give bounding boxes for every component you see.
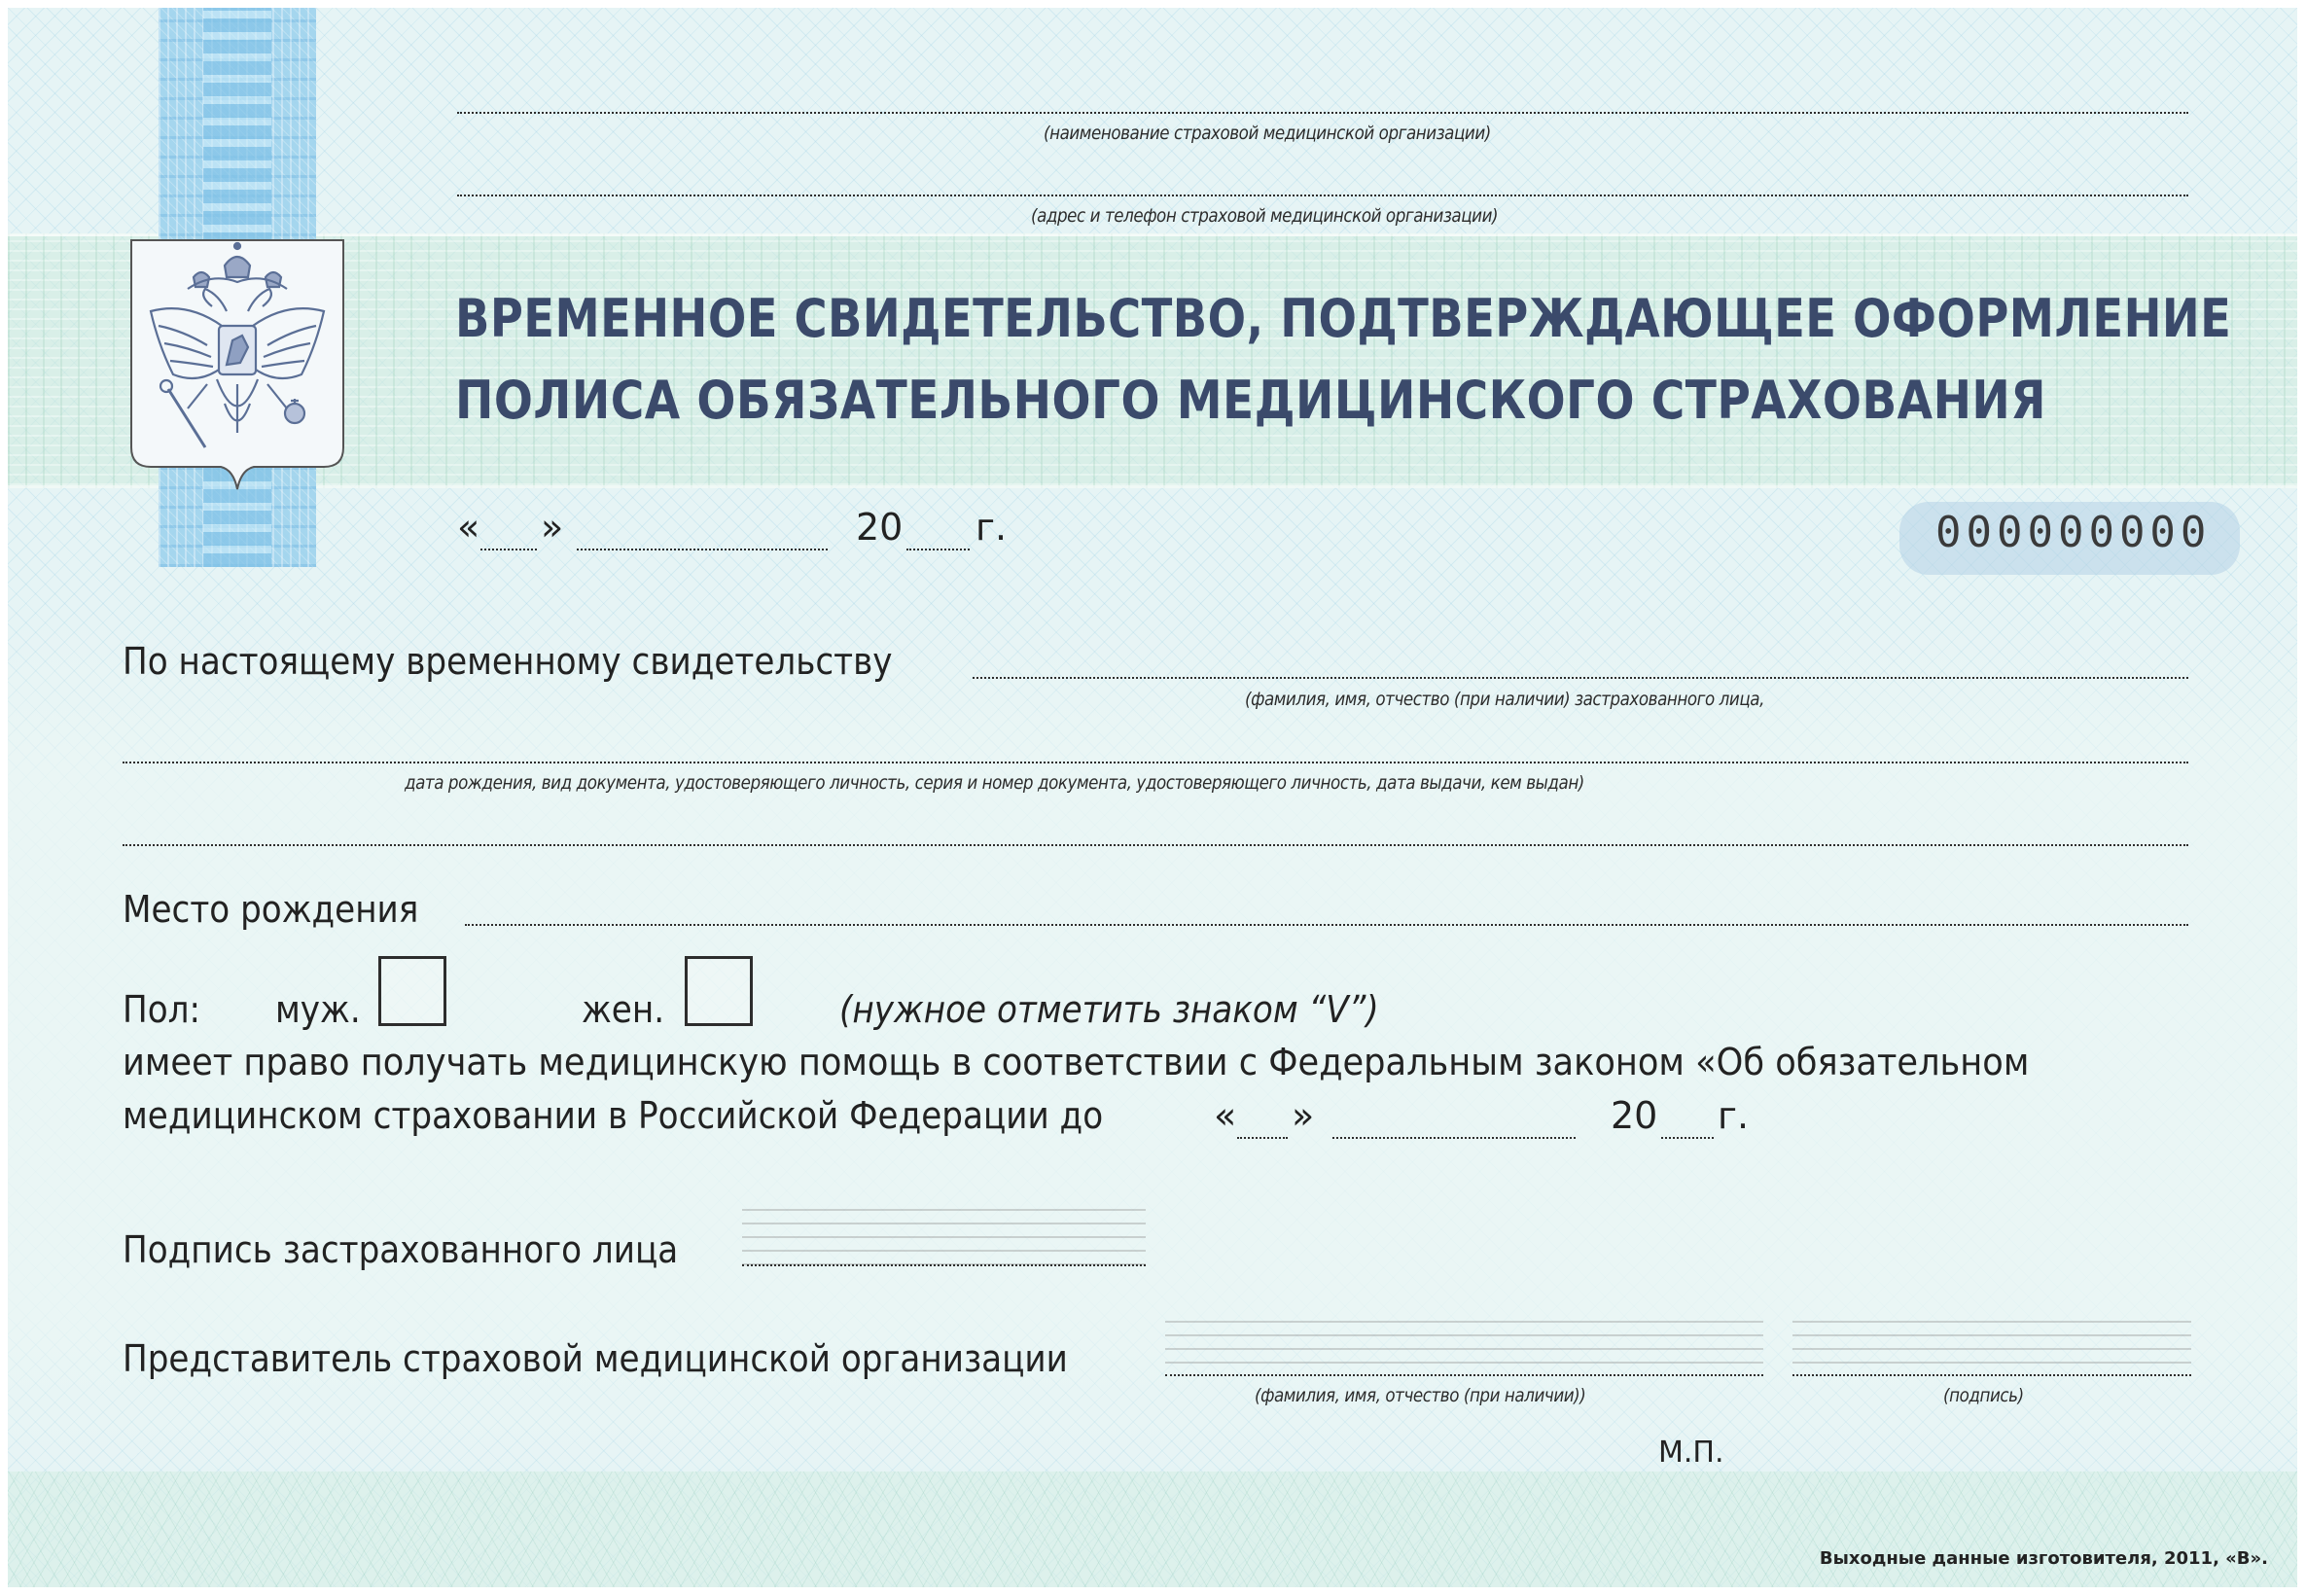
- organization-address-caption: (адрес и телефон страховой медицинской о…: [1031, 205, 1498, 227]
- representative-signature-microprint: [1792, 1321, 2191, 1374]
- birthplace-field[interactable]: [465, 924, 2188, 926]
- document-title-line-1: ВРЕМЕННОЕ СВИДЕТЕЛЬСТВО, ПОДТВЕРЖДАЮЩЕЕ …: [455, 288, 2231, 349]
- sex-female-checkbox[interactable]: [685, 956, 753, 1026]
- bottom-guilloche-band: [8, 1472, 2297, 1587]
- holder-details-field[interactable]: [123, 762, 2188, 763]
- sex-male-label: муж.: [275, 988, 361, 1031]
- representative-signature-field[interactable]: [1792, 1374, 2191, 1376]
- rights-text-line-1: имеет право получать медицинскую помощь …: [123, 1041, 2029, 1083]
- rights-text-line-2: медицинском страховании в Российской Фед…: [123, 1094, 1103, 1137]
- manufacturer-info: Выходные данные изготовителя, 2011, «В».: [1820, 1548, 2268, 1569]
- representative-name-caption: (фамилия, имя, отчество (при наличии)): [1255, 1385, 1585, 1406]
- insured-signature-field[interactable]: [742, 1264, 1146, 1266]
- insured-signature-label: Подпись застрахованного лица: [123, 1228, 678, 1271]
- sex-hint: (нужное отметить знаком “V”): [839, 988, 1379, 1031]
- representative-signature-caption: (подпись): [1943, 1385, 2024, 1406]
- issue-month-field[interactable]: [577, 549, 828, 550]
- holder-name-field[interactable]: [973, 677, 2188, 679]
- sex-female-label: жен.: [582, 988, 664, 1031]
- coat-of-arms-emblem: [129, 238, 345, 493]
- sex-label: Пол:: [123, 988, 200, 1031]
- insured-signature-microprint: [742, 1209, 1146, 1265]
- issue-year-prefix: 20: [856, 506, 903, 549]
- holder-name-caption: (фамилия, имя, отчество (при наличии) за…: [1245, 689, 1764, 710]
- issue-date: « » 20 г.: [457, 506, 1041, 554]
- valid-until-year-field[interactable]: [1661, 1137, 1714, 1139]
- representative-label: Представитель страховой медицинской орга…: [123, 1337, 1068, 1380]
- issue-date-close-quote: »: [541, 506, 563, 549]
- valid-until-close-quote: »: [1292, 1094, 1314, 1137]
- document-title-line-2: ПОЛИСА ОБЯЗАТЕЛЬНОГО МЕДИЦИНСКОГО СТРАХО…: [455, 370, 2046, 431]
- valid-until-year-prefix: 20: [1611, 1094, 1657, 1137]
- certificate-number: 000000000: [1935, 508, 2211, 557]
- representative-name-field[interactable]: [1165, 1374, 1763, 1376]
- certificate-paper: (наименование страховой медицинской орга…: [8, 8, 2297, 1587]
- holder-details-caption: дата рождения, вид документа, удостоверя…: [405, 772, 1584, 794]
- valid-until-month-field[interactable]: [1332, 1137, 1576, 1139]
- double-headed-eagle-icon: [129, 238, 345, 493]
- guilloche-band: [8, 233, 2297, 488]
- valid-until-year-suffix: г.: [1718, 1094, 1749, 1137]
- birthplace-label: Место рождения: [123, 888, 418, 931]
- representative-name-microprint: [1165, 1321, 1763, 1374]
- valid-until-day-field[interactable]: [1237, 1137, 1288, 1139]
- organization-address-field[interactable]: [457, 195, 2188, 196]
- holder-extra-field[interactable]: [123, 844, 2188, 846]
- holder-intro-label: По настоящему временному свидетельству: [123, 640, 892, 683]
- sex-male-checkbox[interactable]: [378, 956, 446, 1026]
- issue-year-field[interactable]: [906, 549, 970, 550]
- organization-name-caption: (наименование страховой медицинской орга…: [1044, 123, 1491, 144]
- issue-year-suffix: г.: [976, 506, 1007, 549]
- issue-day-field[interactable]: [480, 549, 537, 550]
- organization-name-field[interactable]: [457, 112, 2188, 114]
- issue-date-open-quote: «: [457, 506, 479, 549]
- valid-until-open-quote: «: [1214, 1094, 1236, 1137]
- valid-until-date: « » 20 г.: [1214, 1094, 1758, 1143]
- stamp-place-label: М.П.: [1658, 1436, 1724, 1470]
